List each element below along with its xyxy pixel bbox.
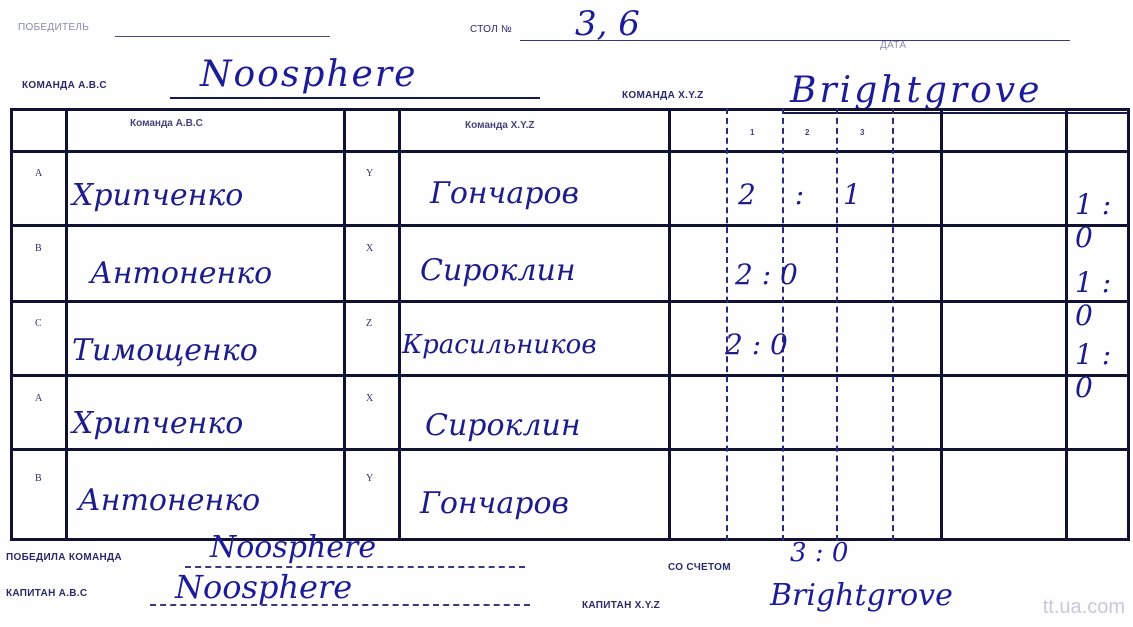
row-letter-xyz: X (366, 393, 373, 404)
team-abc-label: Команда А.В.С (22, 80, 107, 91)
team-xyz-label: Команда X.Y.Z (622, 90, 704, 101)
watermark: tt.ua.com (1043, 596, 1125, 619)
games-score: 2 : 0 (725, 328, 788, 361)
game-col-3: 3 (860, 128, 864, 137)
winner-label: Победила команда (6, 552, 122, 563)
team-abc-line (170, 97, 540, 99)
score-label: Со счетом (668, 562, 731, 573)
games-score: 2 : 0 (735, 258, 798, 291)
captain-xyz-signature: Brightgrove (770, 578, 953, 613)
player-abc: Тимощенко (72, 333, 258, 368)
match-result: 1 : 0 (1075, 188, 1130, 254)
row-letter-xyz: Z (366, 318, 372, 329)
captain-xyz-label: Капитан X.Y.Z (582, 600, 660, 611)
player-xyz: Гончаров (430, 176, 579, 211)
player-abc: Хрипченко (72, 178, 243, 213)
player-xyz: Красильников (402, 330, 596, 360)
winner-name: Noosphere (210, 530, 376, 565)
score-table: Команда А.В.С Команда X.Y.Z 1 2 3 А Хрип… (10, 108, 1130, 541)
row-letter-xyz: Y (366, 168, 373, 179)
row-letter-xyz: Y (366, 473, 373, 484)
column-header-team-xyz: Команда X.Y.Z (465, 120, 535, 131)
player-abc: Хрипченко (72, 406, 243, 441)
referee-line (115, 36, 330, 37)
row-letter-abc: В (35, 473, 42, 484)
final-score: 3 : 0 (790, 538, 848, 568)
player-abc: Антоненко (78, 483, 260, 518)
row-letter-abc: А (35, 393, 42, 404)
row-letter-xyz: X (366, 243, 373, 254)
row-letter-abc: А (35, 168, 42, 179)
column-header-team-abc: Команда А.В.С (130, 118, 203, 129)
match-result: 1 : 0 (1075, 266, 1130, 332)
captain-abc-line (150, 604, 530, 606)
game-col-1: 1 (750, 128, 754, 137)
team-abc-name: Noosphere (200, 54, 417, 95)
match-result: 1 : 0 (1075, 338, 1130, 404)
table-number: 3, 6 (575, 4, 640, 44)
row-letter-abc: В (35, 243, 42, 254)
date-label: Дата (880, 40, 906, 51)
scoresheet: Победитель Стол № 3, 6 Дата Команда А.В.… (0, 0, 1133, 627)
games-score: 2 : 1 (738, 178, 861, 211)
player-xyz: Гончаров (420, 486, 569, 521)
game-col-2: 2 (805, 128, 809, 137)
player-xyz: Сироклин (420, 253, 576, 288)
row-letter-abc: С (35, 318, 42, 329)
table-label: Стол № (470, 24, 512, 35)
team-xyz-name: Brightgrove (790, 70, 1042, 111)
referee-label: Победитель (18, 22, 89, 33)
captain-abc-label: Капитан А.В.С (6, 588, 87, 599)
captain-abc-signature: Noosphere (175, 568, 352, 606)
player-xyz: Сироклин (425, 408, 581, 443)
player-abc: Антоненко (90, 256, 272, 291)
